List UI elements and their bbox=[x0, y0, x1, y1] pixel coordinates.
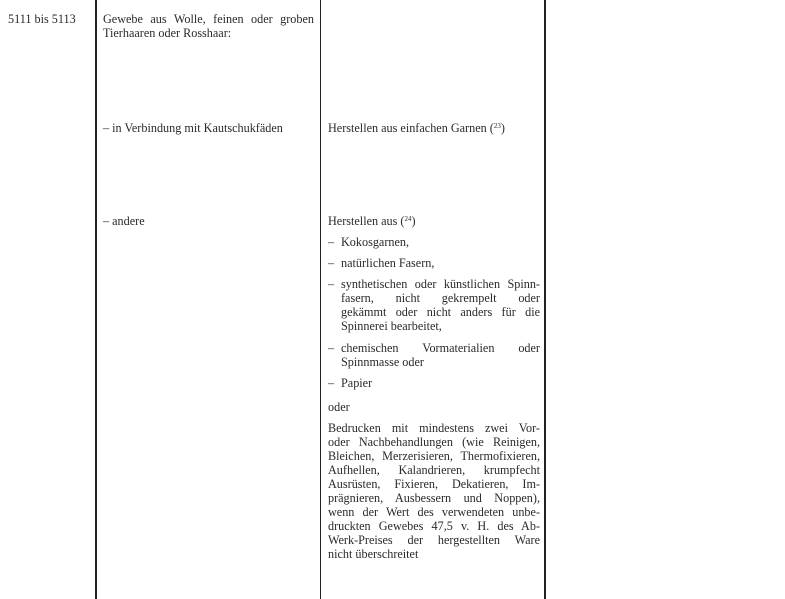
dash-bullet: – bbox=[328, 256, 334, 270]
list-item-line: fasern, nicht gekrempelt oder bbox=[341, 291, 540, 305]
dash-bullet: – bbox=[328, 277, 334, 291]
rule-close: ) bbox=[501, 121, 505, 135]
list-item: – Kokosgarnen, bbox=[328, 235, 540, 249]
connector-oder: oder bbox=[328, 400, 350, 414]
alt-rule-line: prägnieren, Ausbessern und Noppen), bbox=[328, 491, 540, 505]
dash-bullet: – bbox=[328, 376, 334, 390]
list-item-line: Spinnmasse oder bbox=[341, 355, 540, 369]
footnote-ref: 23 bbox=[494, 122, 501, 130]
list-item: – chemischen Vormaterialien oder Spinnma… bbox=[328, 341, 540, 369]
alternative-rule: Bedrucken mit mindestens zwei Vor- oder … bbox=[328, 421, 540, 561]
alt-rule-line: Bleichen, Merzerisieren, Thermofixieren, bbox=[328, 449, 540, 463]
row-description-kautschuk: – in Verbindung mit Kautschukfäden bbox=[103, 121, 283, 135]
alt-rule-line: nicht überschreitet bbox=[328, 547, 540, 561]
description-line: Tierhaaren oder Rosshaar: bbox=[103, 26, 314, 40]
list-item-line: Kokosgarnen, bbox=[341, 235, 540, 249]
list-item-line: Spinnerei bearbeitet, bbox=[341, 319, 540, 333]
rule-text: Herstellen aus ( bbox=[328, 214, 404, 228]
alt-rule-line: Bedrucken mit mindestens zwei Vor- bbox=[328, 421, 540, 435]
row-rule-kautschuk: Herstellen aus einfachen Garnen (23) bbox=[328, 121, 505, 135]
alt-rule-line: Ausrüsten, Fixieren, Dekatieren, Im- bbox=[328, 477, 540, 491]
list-item-line: gekämmt oder nicht anders für die bbox=[341, 305, 540, 319]
alt-rule-line: Aufhellen, Kalandrieren, krumpfecht bbox=[328, 463, 540, 477]
list-item: – natürlichen Fasern, bbox=[328, 256, 540, 270]
description-line: Gewebe aus Wolle, feinen oder groben bbox=[103, 12, 314, 26]
alt-rule-line: druckten Gewebes 47,5 v. H. des Ab- bbox=[328, 519, 540, 533]
dash-bullet: – bbox=[328, 235, 334, 249]
alt-rule-line: Werk-Preises der hergestellten Ware bbox=[328, 533, 540, 547]
list-item: – synthetischen oder künstlichen Spinn- … bbox=[328, 277, 540, 333]
list-item-line: chemischen Vormaterialien oder bbox=[341, 341, 540, 355]
row-rule-intro: Herstellen aus (24) bbox=[328, 214, 416, 228]
table-column-divider-2 bbox=[320, 0, 321, 599]
table-column-divider-3 bbox=[544, 0, 546, 599]
list-item: – Papier bbox=[328, 376, 540, 390]
heading-description: Gewebe aus Wolle, feinen oder groben Tie… bbox=[103, 12, 314, 40]
list-item-line: Papier bbox=[341, 376, 540, 390]
list-item-line: natürlichen Fasern, bbox=[341, 256, 540, 270]
rule-close: ) bbox=[411, 214, 415, 228]
rule-text: Herstellen aus einfachen Garnen ( bbox=[328, 121, 494, 135]
alt-rule-line: wenn der Wert des verwendeten unbe- bbox=[328, 505, 540, 519]
dash-bullet: – bbox=[328, 341, 334, 355]
heading-code: 5111 bis 5113 bbox=[8, 12, 76, 26]
table-column-divider-1 bbox=[95, 0, 97, 599]
row-description-andere: – andere bbox=[103, 214, 145, 228]
list-item-line: synthetischen oder künstlichen Spinn- bbox=[341, 277, 540, 291]
alt-rule-line: oder Nachbehandlungen (wie Reinigen, bbox=[328, 435, 540, 449]
